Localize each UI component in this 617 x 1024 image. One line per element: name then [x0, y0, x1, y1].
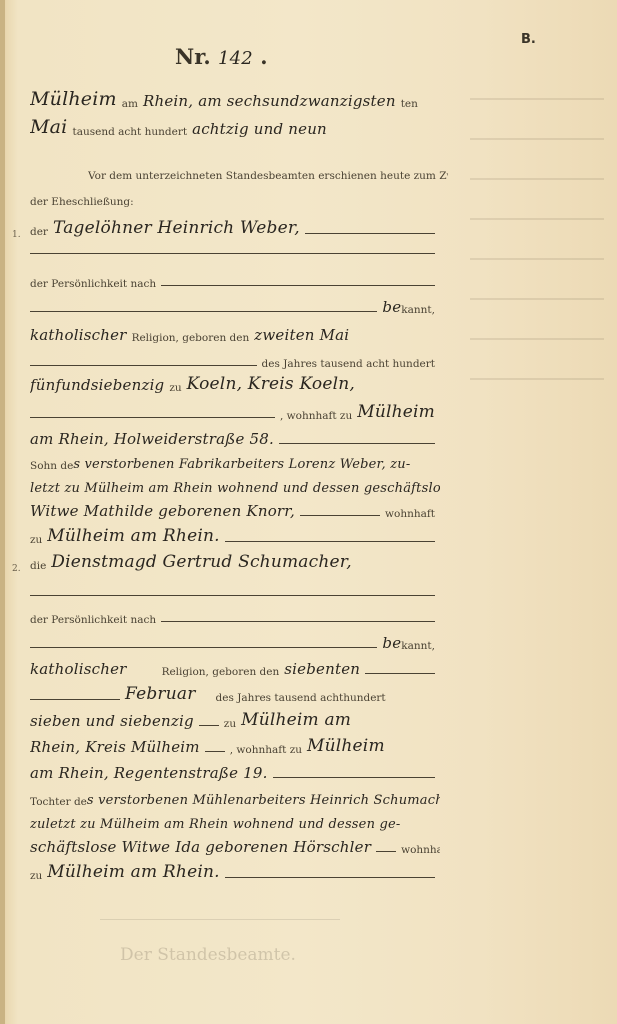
purpose-text: der Eheschließung: [30, 196, 134, 208]
date-line-2: Mai tausend acht hundert achtzig und neu… [30, 116, 440, 138]
bleed-through-signature-label: Der Standesbeamte. [120, 945, 296, 965]
bride-birth-month: Februar [125, 684, 196, 704]
intro-text: Vor dem unterzeichneten Standesbeamten e… [88, 170, 448, 182]
bekannt-label: kannt, [401, 304, 435, 316]
place-handwritten: Mülheim [30, 88, 117, 110]
des-jahres-label: des Jahres tausend achthundert [216, 692, 386, 704]
wohnhaft-label: wohnhaft [385, 508, 435, 520]
bride-address-line: am Rhein, Regentenstraße 19. [30, 760, 440, 782]
ten-suffix: ten [401, 98, 418, 110]
groom-parents-line-2: letzt zu Mülheim am Rhein wohnend und de… [30, 474, 440, 496]
bleed-through-text [450, 60, 610, 440]
page-binding-edge [0, 0, 5, 1024]
groom-parents-line-3: Witwe Mathilde geborenen Knorr, wohnhaft [30, 498, 440, 520]
purpose-line: der Eheschließung: [30, 186, 440, 208]
bride-parents-line-1: Tochter de s verstorbenen Mühlenarbeiter… [30, 786, 440, 808]
des-jahres-label: des Jahres tausend acht hundert [262, 358, 435, 370]
bride-parents-line-2: zuletzt zu Mülheim am Rhein wohnend und … [30, 810, 440, 832]
bride-parents-residence-line: zu Mülheim am Rhein. [30, 860, 440, 882]
corner-mark: B. [521, 32, 536, 47]
bride-birth-year: sieben und siebenzig [30, 712, 194, 730]
bekannt-prefix: be [382, 298, 401, 316]
groom-birth-year: fünfundsiebenzig [30, 376, 164, 394]
bride-persoenlichkeit-line: der Persönlichkeit nach [30, 604, 440, 626]
zu-label: zu [169, 382, 181, 394]
groom-birthdate: zweiten Mai [254, 326, 349, 344]
record-number-value: 142 [218, 48, 253, 69]
zu-label: zu [224, 718, 236, 730]
wohnhaft-label: , wohnhaft zu [230, 744, 302, 756]
year-handwritten: achtzig und neun [192, 120, 327, 138]
groom-year-line: des Jahres tausend acht hundert [30, 348, 440, 370]
groom-blank-line [30, 236, 440, 258]
month-handwritten: Mai [30, 116, 67, 138]
groom-name-line: der Tagelöhner Heinrich Weber, [30, 216, 440, 238]
wohnhaft-label: , wohnhaft zu [280, 410, 352, 422]
groom-birthplace: Koeln, Kreis Koeln, [187, 374, 355, 394]
register-page: B. Nr. 142 . Mülheim am Rhein, am sechsu… [0, 0, 617, 1024]
bride-parents-text: zuletzt zu Mülheim am Rhein wohnend und … [30, 817, 401, 832]
wohnhaft-label: wohnhaft [401, 844, 440, 856]
am-label: am [122, 98, 138, 110]
groom-address: am Rhein, Holweiderstraße 58. [30, 430, 274, 448]
groom-parents-text: letzt zu Mülheim am Rhein wohnend und de… [30, 481, 440, 496]
bride-father: s verstorbenen Mühlenarbeiters Heinrich … [87, 793, 440, 808]
bride-birthplace-district: Rhein, Kreis Mülheim [30, 738, 200, 756]
zu-label: zu [30, 870, 42, 882]
bride-blank-line [30, 578, 440, 600]
bride-religion-line: katholischer Religion, geboren den siebe… [30, 656, 440, 678]
date-day-handwritten: Rhein, am sechsundzwanzigsten [143, 92, 396, 110]
religion-label: Religion, geboren den [132, 332, 250, 344]
bride-name: Dienstmagd Gertrud Schumacher, [51, 552, 352, 572]
groom-persoenlichkeit-line: der Persönlichkeit nach [30, 268, 440, 290]
bride-religion: katholischer [30, 660, 127, 678]
groom-number: 1. [12, 230, 21, 240]
year-printed: tausend acht hundert [72, 126, 187, 138]
die-label: die [30, 560, 46, 572]
bride-name-line: die Dienstmagd Gertrud Schumacher, [30, 550, 440, 572]
bride-address: am Rhein, Regentenstraße 19. [30, 764, 268, 782]
groom-religion-line: katholischer Religion, geboren den zweit… [30, 322, 440, 344]
groom-parents-residence: Mülheim am Rhein. [47, 526, 219, 546]
groom-mother: Witwe Mathilde geborenen Knorr, [30, 502, 295, 520]
bride-residence-line: Rhein, Kreis Mülheim , wohnhaft zu Mülhe… [30, 734, 440, 756]
bekannt-prefix: be [382, 634, 401, 652]
bride-year-line: Februar des Jahres tausend achthundert [30, 682, 440, 704]
bride-bekannt-line: be kannt, [30, 630, 440, 652]
bride-number: 2. [12, 564, 21, 574]
bride-mother: schäftslose Witwe Ida geborenen Hörschle… [30, 838, 371, 856]
groom-birthplace-line: fünfundsiebenzig zu Koeln, Kreis Koeln, [30, 372, 440, 394]
record-number-label: Nr. [175, 44, 211, 69]
sohn-label: Sohn de [30, 460, 73, 472]
groom-name: Tagelöhner Heinrich Weber, [53, 218, 300, 238]
groom-parents-residence-line: zu Mülheim am Rhein. [30, 524, 440, 546]
groom-bekannt-line: be kannt, [30, 294, 440, 316]
faint-bleed-line [100, 905, 340, 920]
bride-parents-line-3: schäftslose Witwe Ida geborenen Hörschle… [30, 834, 440, 856]
tochter-label: Tochter de [30, 796, 87, 808]
groom-residence: Mülheim [357, 402, 435, 422]
groom-parents-line-1: Sohn de s verstorbenen Fabrikarbeiters L… [30, 450, 440, 472]
groom-father: s verstorbenen Fabrikarbeiters Lorenz We… [73, 457, 410, 472]
bride-birthdate: siebenten [284, 660, 360, 678]
bekannt-label: kannt, [401, 640, 435, 652]
date-line-1: Mülheim am Rhein, am sechsundzwanzigsten… [30, 88, 440, 110]
bride-residence: Mülheim [307, 736, 385, 756]
bride-birthplace-line: sieben und siebenzig zu Mülheim am [30, 708, 440, 730]
record-number: Nr. 142 . [175, 44, 268, 69]
persoenlichkeit-label: der Persönlichkeit nach [30, 278, 156, 290]
groom-address-line: am Rhein, Holweiderstraße 58. [30, 426, 440, 448]
groom-residence-line: , wohnhaft zu Mülheim [30, 400, 440, 422]
persoenlichkeit-label: der Persönlichkeit nach [30, 614, 156, 626]
zu-label: zu [30, 534, 42, 546]
bride-parents-residence: Mülheim am Rhein. [47, 862, 219, 882]
groom-religion: katholischer [30, 326, 127, 344]
religion-label: Religion, geboren den [162, 666, 280, 678]
bride-birthplace: Mülheim am [241, 710, 351, 730]
intro-line: Vor dem unterzeichneten Standesbeamten e… [88, 160, 448, 182]
